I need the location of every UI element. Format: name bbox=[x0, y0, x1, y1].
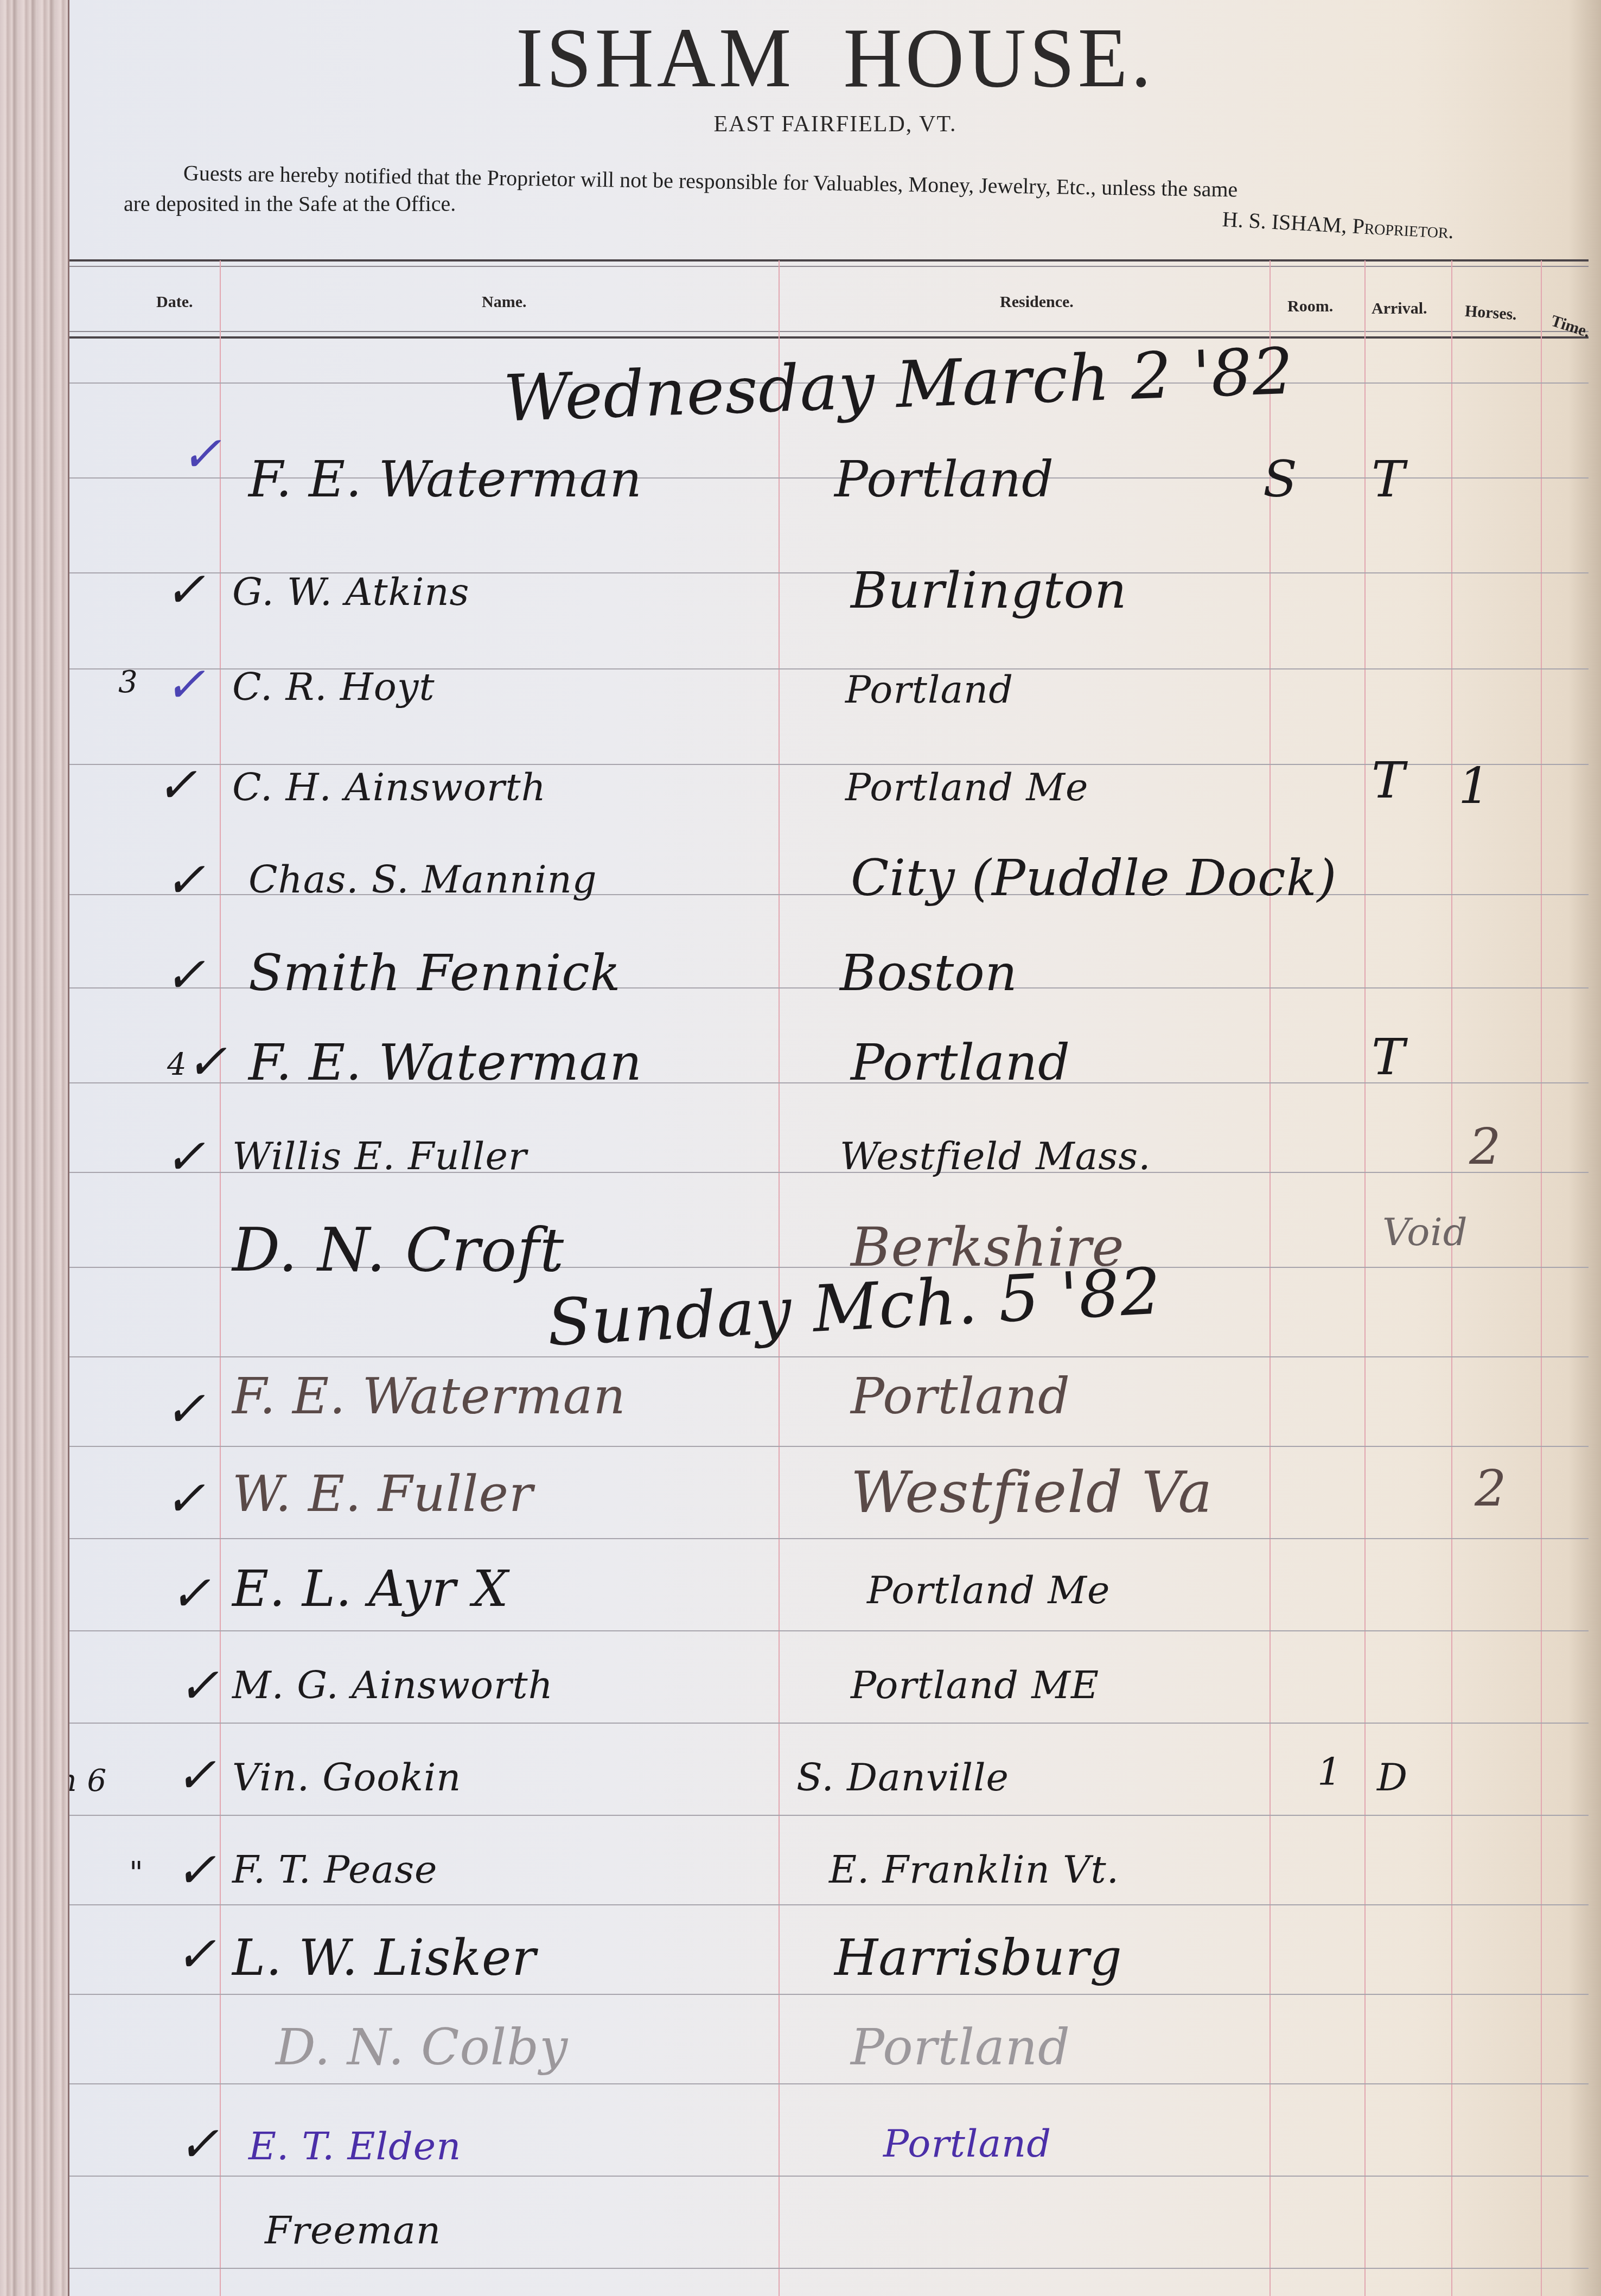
guest-name: C. H. Ainsworth bbox=[232, 765, 546, 809]
guest-residence-faint: Portland bbox=[851, 2018, 1070, 2076]
guest-residence: Portland ME bbox=[851, 1663, 1099, 1707]
guest-residence: City (Puddle Dock) bbox=[851, 849, 1337, 907]
guest-residence: Portland Me bbox=[867, 1568, 1110, 1612]
date-heading-wednesday: Wednesday March 2 '82 bbox=[502, 334, 1295, 436]
proprietor-signature: H. S. ISHAM, Proprietor. bbox=[1222, 206, 1455, 244]
row-rule bbox=[69, 1994, 1589, 1995]
guest-name: M. G. Ainsworth bbox=[232, 1663, 553, 1707]
column-rule-date-name bbox=[220, 260, 221, 2296]
guest-name: Willis E. Fuller bbox=[232, 1134, 527, 1178]
guest-room: T bbox=[1372, 751, 1405, 809]
void-mark: Void bbox=[1382, 1210, 1468, 1254]
checkmark-icon: ✓ bbox=[178, 2116, 219, 2173]
row-rule bbox=[69, 2083, 1589, 2084]
guest-residence: E. Franklin Vt. bbox=[829, 1847, 1119, 1892]
column-rule-residence-room bbox=[1270, 260, 1271, 2296]
guest-name: C. R. Hoyt bbox=[232, 665, 435, 709]
guest-name: G. W. Atkins bbox=[232, 570, 469, 614]
guest-arrival: D bbox=[1377, 1755, 1408, 1800]
checkmark-icon: ✓ bbox=[156, 757, 197, 814]
guest-name: W. E. Fuller bbox=[232, 1465, 533, 1523]
margin-note-date: Mch 6 bbox=[69, 1763, 106, 1798]
checkmark-icon: ✓ bbox=[186, 1034, 227, 1090]
header-rule-bottom-thin bbox=[69, 331, 1589, 332]
column-header-horses: Horses. bbox=[1464, 302, 1517, 324]
guest-name: E. L. Ayr X bbox=[232, 1560, 509, 1618]
guest-name: Vin. Gookin bbox=[232, 1755, 461, 1800]
page-curl-shadow bbox=[1568, 0, 1601, 2296]
guest-residence: Portland bbox=[883, 2121, 1051, 2166]
row-rule bbox=[69, 2268, 1589, 2269]
guest-name: F. E. Waterman bbox=[248, 1034, 642, 1092]
guest-residence: Harrisburg bbox=[834, 1929, 1122, 1987]
guest-arrival: 1 bbox=[1458, 757, 1491, 815]
row-rule bbox=[69, 1630, 1589, 1631]
row-rule bbox=[69, 1723, 1589, 1724]
margin-note: 4 bbox=[167, 1047, 187, 1082]
guest-horses: 2 bbox=[1475, 1459, 1507, 1517]
guest-residence: Westfield Mass. bbox=[840, 1134, 1151, 1178]
margin-note: 3 bbox=[118, 665, 138, 700]
column-rule-arrival-horses bbox=[1451, 260, 1452, 2296]
guest-arrival: T bbox=[1372, 450, 1405, 508]
header-rule-top bbox=[69, 259, 1589, 262]
hotel-title: ISHAMHOUSE. bbox=[69, 9, 1601, 107]
title-word-isham: ISHAM bbox=[516, 9, 794, 107]
column-header-arrival: Arrival. bbox=[1372, 299, 1427, 318]
column-header-date: Date. bbox=[156, 293, 193, 311]
row-rule bbox=[69, 1904, 1589, 1905]
checkmark-icon: ✓ bbox=[164, 562, 205, 618]
checkmark-icon: ✓ bbox=[164, 1381, 205, 1438]
guest-residence: Portland bbox=[834, 450, 1054, 508]
guest-room: T bbox=[1372, 1028, 1405, 1086]
checkmark-icon: ✓ bbox=[170, 1565, 211, 1622]
title-word-house: HOUSE. bbox=[843, 9, 1154, 107]
guest-name: Chas. S. Manning bbox=[248, 857, 597, 902]
guest-name: Smith Fennick bbox=[248, 944, 621, 1002]
checkmark-icon: ✓ bbox=[175, 1842, 216, 1899]
column-header-room: Room. bbox=[1287, 297, 1333, 316]
guest-residence: Portland Me bbox=[845, 765, 1088, 809]
guest-residence: Burlington bbox=[851, 562, 1127, 620]
guest-name: L. W. Lisker bbox=[232, 1929, 536, 1987]
row-rule bbox=[69, 1356, 1589, 1357]
checkmark-icon: ✓ bbox=[164, 947, 205, 1004]
checkmark-icon: ✓ bbox=[164, 656, 205, 713]
guest-name: D. N. Croft bbox=[232, 1215, 564, 1285]
column-header-residence: Residence. bbox=[1000, 293, 1074, 311]
ditto-mark: " bbox=[129, 1855, 143, 1891]
guest-name: F. T. Pease bbox=[232, 1847, 438, 1892]
checkmark-icon: ✓ bbox=[175, 1926, 216, 1983]
row-rule bbox=[69, 1815, 1589, 1816]
book-page-edges bbox=[0, 0, 69, 2296]
register-page: ISHAMHOUSE. EAST FAIRFIELD, VT. Guests a… bbox=[69, 0, 1601, 2296]
guest-name-faint: D. N. Colby bbox=[276, 2018, 568, 2076]
footnote-text: Freeman bbox=[265, 2208, 441, 2253]
checkmark-icon: ✓ bbox=[164, 1128, 205, 1185]
checkmark-icon: ✓ bbox=[178, 1657, 219, 1714]
checkmark-icon: ✓ bbox=[181, 426, 221, 483]
guest-residence: S. Danville bbox=[796, 1755, 1009, 1800]
row-rule bbox=[69, 1538, 1589, 1539]
guest-name: F. E. Waterman bbox=[232, 1367, 626, 1425]
guest-residence: Westfield Va bbox=[851, 1459, 1213, 1526]
header-rule-bottom bbox=[69, 336, 1589, 339]
checkmark-icon: ✓ bbox=[164, 852, 205, 909]
column-rule-room-arrival bbox=[1364, 260, 1366, 2296]
guest-name: F. E. Waterman bbox=[248, 450, 642, 508]
column-header-name: Name. bbox=[482, 293, 526, 311]
guest-residence: Portland bbox=[851, 1367, 1070, 1425]
column-rule-horses-time bbox=[1541, 260, 1542, 2296]
guest-residence: Portland bbox=[851, 1034, 1070, 1092]
guest-residence: Boston bbox=[840, 944, 1018, 1002]
checkmark-icon: ✓ bbox=[164, 1470, 205, 1527]
guest-horses: 2 bbox=[1469, 1118, 1502, 1176]
hotel-location: EAST FAIRFIELD, VT. bbox=[69, 111, 1601, 137]
row-rule bbox=[69, 1446, 1589, 1447]
header-rule-top-thin bbox=[69, 266, 1589, 267]
checkmark-icon: ✓ bbox=[175, 1747, 216, 1804]
date-heading-sunday: Sunday Mch. 5 '82 bbox=[545, 1253, 1163, 1360]
guest-room: 1 bbox=[1317, 1750, 1342, 1794]
guest-residence: Portland bbox=[845, 667, 1013, 712]
row-rule bbox=[69, 2176, 1589, 2177]
notice-text-line2: are deposited in the Safe at the Office. bbox=[124, 191, 456, 216]
guest-name: E. T. Elden bbox=[248, 2124, 461, 2169]
guest-room: S bbox=[1263, 450, 1298, 508]
